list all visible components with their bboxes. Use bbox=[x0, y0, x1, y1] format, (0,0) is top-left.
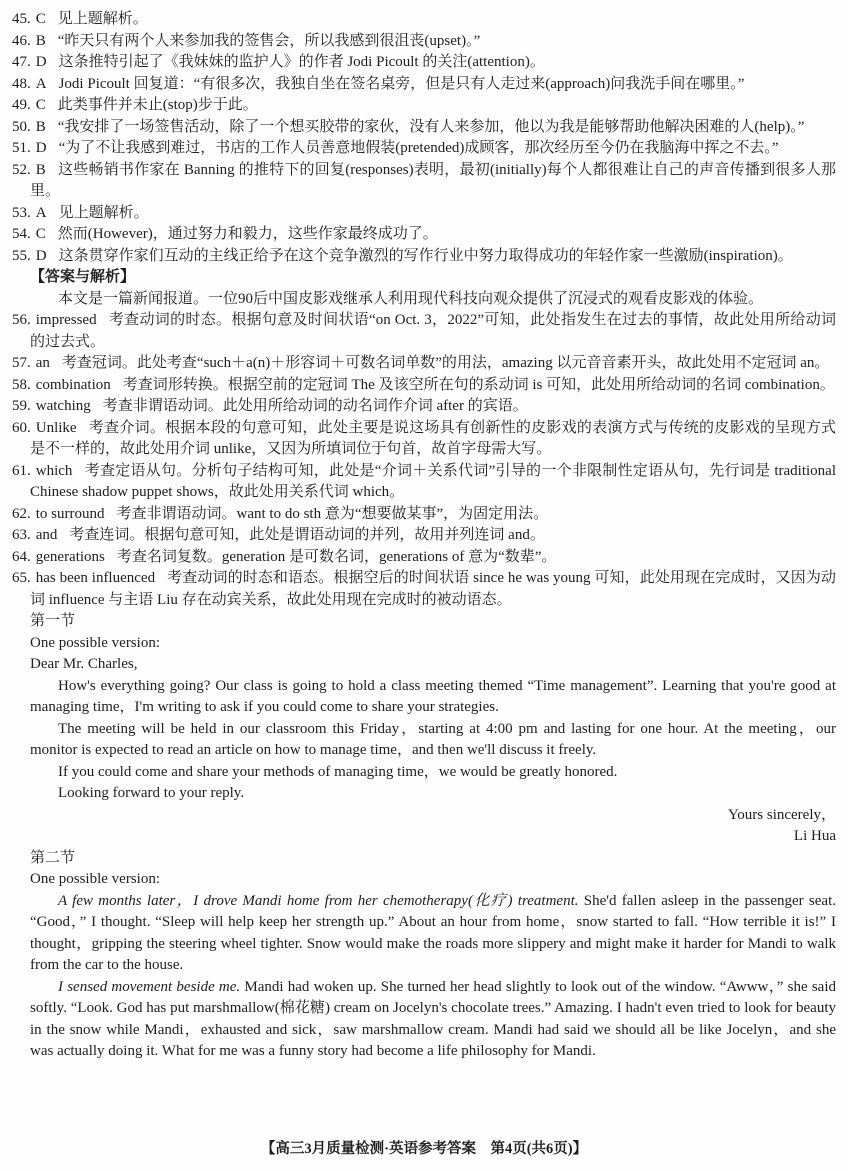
answer-number: 58. bbox=[12, 377, 31, 393]
answer-key: A bbox=[36, 76, 47, 92]
answer-item: 48.AJodi Picoult 回复道：“有很多次，我独自坐在签名桌旁，但是只… bbox=[30, 74, 836, 96]
answer-item: 63.and考查连词。根据句意可知，此处是谓语动词的并列，故用并列连词 and。 bbox=[30, 525, 836, 547]
answer-key: C bbox=[36, 11, 46, 27]
answer-explanation: 考查非谓语动词。want to do sth 意为“想要做某事”，为固定用法。 bbox=[117, 506, 549, 522]
answer-key: an bbox=[36, 355, 50, 371]
answer-explanation: 这条贯穿作家们互动的主线正给予在这个竞争激烈的写作行业中努力取得成功的年轻作家一… bbox=[59, 248, 793, 264]
answer-item: 50.B“我安排了一场签售活动，除了一个想买胶带的家伙，没有人来参加，他以为我是… bbox=[30, 117, 836, 139]
answer-item: 60.Unlike考查介词。根据本段的句意可知，此处主要是说这场具有创新性的皮影… bbox=[30, 418, 836, 461]
answer-key: A bbox=[36, 205, 47, 221]
answer-number: 57. bbox=[12, 355, 31, 371]
answer-number: 52. bbox=[12, 162, 31, 178]
answer-item: 55.D这条贯穿作家们互动的主线正给予在这个竞争激烈的写作行业中努力取得成功的年… bbox=[30, 246, 836, 268]
answer-number: 45. bbox=[12, 11, 31, 27]
answer-item: 45.C见上题解析。 bbox=[30, 9, 836, 31]
essay-lead-italic: I sensed movement beside me. bbox=[58, 979, 240, 995]
answer-number: 62. bbox=[12, 506, 31, 522]
writing2-heading: 第二节 bbox=[30, 848, 836, 870]
answer-explanation: 考查名词复数。generation 是可数名词，generations of 意… bbox=[117, 549, 557, 565]
answer-number: 56. bbox=[12, 312, 31, 328]
answer-explanation: 此类事件并未止(stop)步于此。 bbox=[58, 97, 258, 113]
answer-item: 52.B这些畅销书作家在 Banning 的推特下的回复(responses)表… bbox=[30, 160, 836, 203]
writing-section-2: 第二节 One possible version: A few months l… bbox=[30, 848, 836, 1063]
answer-key: D bbox=[36, 54, 47, 70]
answer-key: watching bbox=[36, 398, 91, 414]
answer-key: B bbox=[36, 33, 46, 49]
answer-explanation: 考查非谓语动词。此处用所给动词的动名词作介词 after 的宾语。 bbox=[103, 398, 528, 414]
answer-item: 59.watching考查非谓语动词。此处用所给动词的动名词作介词 after … bbox=[30, 396, 836, 418]
answer-number: 46. bbox=[12, 33, 31, 49]
page-footer: 【高三3月质量检测·英语参考答案 第4页(共6页)】 bbox=[0, 1139, 848, 1161]
answer-item: 49.C此类事件并未止(stop)步于此。 bbox=[30, 95, 836, 117]
essay-paragraph: A few months later，I drove Mandi home fr… bbox=[30, 891, 836, 977]
answer-item: 57.an考查冠词。此处考查“such＋a(n)＋形容词＋可数名词单数”的用法，… bbox=[30, 353, 836, 375]
answer-explanation: “为了不让我感到难过，书店的工作人员善意地假装(pretended)成顾客，那次… bbox=[59, 140, 779, 156]
answer-item: 64.generations考查名词复数。generation 是可数名词，ge… bbox=[30, 547, 836, 569]
answer-number: 61. bbox=[12, 463, 31, 479]
answer-key: to surround bbox=[36, 506, 105, 522]
answer-key: generations bbox=[36, 549, 105, 565]
essay-paragraph-text: Looking forward to your reply. bbox=[58, 785, 244, 801]
answer-explanation: 考查介词。根据本段的句意可知，此处主要是说这场具有创新性的皮影戏的表演方式与传统… bbox=[30, 420, 836, 458]
essay-paragraph-text: If you could come and share your methods… bbox=[58, 764, 617, 780]
answer-key: and bbox=[36, 527, 58, 543]
writing1-heading: 第一节 bbox=[30, 611, 836, 633]
answer-key: which bbox=[36, 463, 73, 479]
answer-key: C bbox=[36, 226, 46, 242]
writing-section-1: 第一节 One possible version: Dear Mr. Charl… bbox=[30, 611, 836, 848]
essay-paragraph: How's everything going? Our class is goi… bbox=[30, 676, 836, 719]
passage-summary: 本文是一篇新闻报道。一位90后中国皮影戏继承人利用现代科技向观众提供了沉浸式的观… bbox=[30, 289, 836, 311]
answer-explanation: 考查冠词。此处考查“such＋a(n)＋形容词＋可数名词单数”的用法，amazi… bbox=[62, 355, 829, 371]
answer-number: 64. bbox=[12, 549, 31, 565]
answer-key: D bbox=[36, 248, 47, 264]
writing1-salutation: Dear Mr. Charles, bbox=[30, 654, 836, 676]
answer-number: 60. bbox=[12, 420, 31, 436]
answer-number: 65. bbox=[12, 570, 31, 586]
essay-lead-italic: A few months later，I drove Mandi home fr… bbox=[58, 893, 579, 909]
writing1-version-label: One possible version: bbox=[30, 633, 836, 655]
answer-number: 47. bbox=[12, 54, 31, 70]
answer-number: 51. bbox=[12, 140, 31, 156]
answer-item: 53.A见上题解析。 bbox=[30, 203, 836, 225]
answer-key: Unlike bbox=[36, 420, 77, 436]
answer-explanation: 这条推特引起了《我妹妹的监护人》的作者 Jodi Picoult 的关注(att… bbox=[59, 54, 545, 70]
answer-number: 49. bbox=[12, 97, 31, 113]
essay-paragraph: The meeting will be held in our classroo… bbox=[30, 719, 836, 762]
writing1-signature: Li Hua bbox=[30, 826, 836, 848]
essay-paragraph: If you could come and share your methods… bbox=[30, 762, 836, 784]
answer-explanation: Jodi Picoult 回复道：“有很多次，我独自坐在签名桌旁，但是只有人走过… bbox=[59, 76, 745, 92]
answer-item: 47.D这条推特引起了《我妹妹的监护人》的作者 Jodi Picoult 的关注… bbox=[30, 52, 836, 74]
essay-paragraph: I sensed movement beside me. Mandi had w… bbox=[30, 977, 836, 1063]
answer-explanation: 考查连词。根据句意可知，此处是谓语动词的并列，故用并列连词 and。 bbox=[69, 527, 544, 543]
analysis-section-header: 【答案与解析】 bbox=[30, 267, 836, 289]
answer-explanation: 考查动词的时态。根据句意及时间状语“on Oct. 3，2022”可知，此处指发… bbox=[30, 312, 836, 350]
essay-paragraph: Looking forward to your reply. bbox=[30, 783, 836, 805]
answer-key: impressed bbox=[36, 312, 97, 328]
answer-item: 61.which考查定语从句。分析句子结构可知，此处是“介词＋关系代词”引导的一… bbox=[30, 461, 836, 504]
answer-explanation: 见上题解析。 bbox=[59, 205, 149, 221]
answer-item: 65.has been influenced考查动词的时态和语态。根据空后的时间… bbox=[30, 568, 836, 611]
answer-explanation: 见上题解析。 bbox=[58, 11, 148, 27]
exam-answer-page: 45.C见上题解析。 46.B“昨天只有两个人来参加我的签售会，所以我感到很沮丧… bbox=[0, 0, 848, 1170]
answer-number: 59. bbox=[12, 398, 31, 414]
answer-item: 51.D“为了不让我感到难过，书店的工作人员善意地假装(pretended)成顾… bbox=[30, 138, 836, 160]
writing2-paragraphs: A few months later，I drove Mandi home fr… bbox=[30, 891, 836, 1063]
writing1-closing: Yours sincerely， bbox=[30, 805, 836, 827]
answer-key: D bbox=[36, 140, 47, 156]
answer-number: 55. bbox=[12, 248, 31, 264]
answer-number: 54. bbox=[12, 226, 31, 242]
answer-key: C bbox=[36, 97, 46, 113]
answer-explanation: “我安排了一场签售活动，除了一个想买胶带的家伙，没有人来参加，他以为我是能够帮助… bbox=[58, 119, 805, 135]
answer-explanation: 然而(However)，通过努力和毅力，这些作家最终成功了。 bbox=[58, 226, 438, 242]
answer-number: 53. bbox=[12, 205, 31, 221]
writing1-paragraphs: How's everything going? Our class is goi… bbox=[30, 676, 836, 805]
essay-paragraph-text: How's everything going? Our class is goi… bbox=[30, 678, 836, 716]
answer-item: 62.to surround考查非谓语动词。want to do sth 意为“… bbox=[30, 504, 836, 526]
answer-number: 48. bbox=[12, 76, 31, 92]
answer-item: 46.B“昨天只有两个人来参加我的签售会，所以我感到很沮丧(upset)。” bbox=[30, 31, 836, 53]
cloze-answer-list: 45.C见上题解析。 46.B“昨天只有两个人来参加我的签售会，所以我感到很沮丧… bbox=[30, 9, 836, 267]
answer-key: combination bbox=[36, 377, 111, 393]
answer-key: has been influenced bbox=[36, 570, 155, 586]
answer-number: 50. bbox=[12, 119, 31, 135]
writing2-version-label: One possible version: bbox=[30, 869, 836, 891]
answer-key: B bbox=[36, 119, 46, 135]
answer-explanation: 考查词形转换。根据空前的定冠词 The 及该空所在句的系动词 is 可知，此处用… bbox=[123, 377, 835, 393]
essay-paragraph-text: The meeting will be held in our classroo… bbox=[30, 721, 836, 759]
answer-explanation: 这些畅销书作家在 Banning 的推特下的回复(responses)表明，最初… bbox=[30, 162, 836, 200]
answer-explanation: “昨天只有两个人来参加我的签售会，所以我感到很沮丧(upset)。” bbox=[58, 33, 480, 49]
answer-item: 56.impressed考查动词的时态。根据句意及时间状语“on Oct. 3，… bbox=[30, 310, 836, 353]
answer-item: 54.C然而(However)，通过努力和毅力，这些作家最终成功了。 bbox=[30, 224, 836, 246]
answer-item: 58.combination考查词形转换。根据空前的定冠词 The 及该空所在句… bbox=[30, 375, 836, 397]
answer-number: 63. bbox=[12, 527, 31, 543]
answer-explanation: 考查定语从句。分析句子结构可知，此处是“介词＋关系代词”引导的一个非限制性定语从… bbox=[30, 463, 836, 501]
answer-key: B bbox=[36, 162, 46, 178]
grammar-answer-list: 56.impressed考查动词的时态。根据句意及时间状语“on Oct. 3，… bbox=[30, 310, 836, 611]
